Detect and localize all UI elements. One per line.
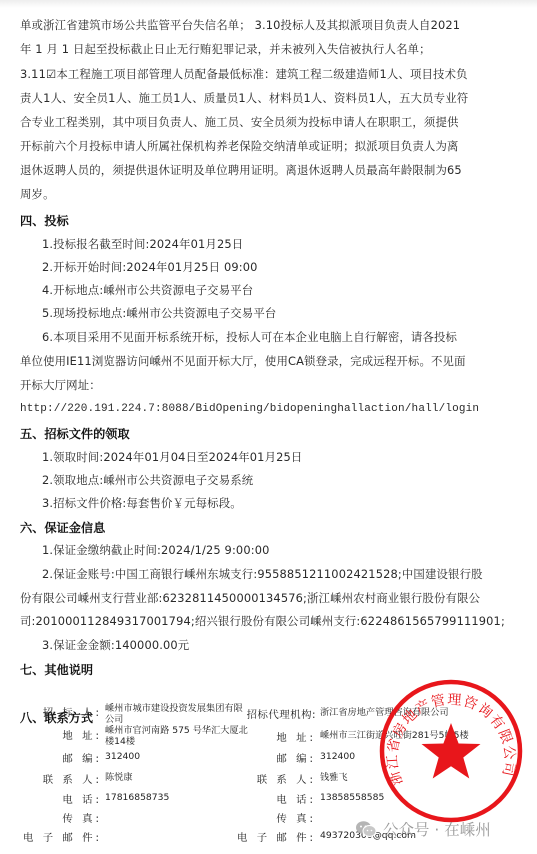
- tenderer-phone: 17816858735: [105, 792, 169, 803]
- agency-name: 浙江省房地产管理咨询有限公司: [320, 707, 449, 718]
- tenderer-email-label: 电 子 邮 件:: [20, 829, 102, 844]
- intro-line-5: 合专业工程类别，其中项目负责人、施工员、安全员须为投标申请人在职职工，须提供: [20, 115, 459, 129]
- section-4-item-5: 5.现场投标地点:嵊州市公共资源电子交易平台: [42, 306, 276, 320]
- section-4-item-2: 2.开标开始时间:2024年01月25日 09:00: [42, 260, 258, 274]
- tenderer-postcode: 312400: [105, 751, 140, 762]
- section-6-item-1: 1.保证金缴纳截止时间:2024/1/25 9:00:00: [42, 543, 270, 557]
- intro-line-4: 责人1人、安全员1人、施工员1人、质量员1人、材料员1人、资料员1人，五大员专业…: [20, 91, 468, 105]
- agency-address: 嵊州市三江街道兴旺街281号5幢5楼: [320, 730, 469, 741]
- section-4-continuation-2: 开标大厅网址：: [20, 378, 101, 392]
- agency-phone-label: 电 话:: [240, 791, 316, 806]
- agency-email-label: 电 子 邮 件:: [234, 829, 316, 844]
- agency-postcode: 312400: [320, 751, 355, 762]
- intro-line-7: 退休返聘人员的，须提供退休证明及单位聘用证明。离退休返聘人员最高年龄限制为65: [20, 163, 462, 177]
- agency-phone: 13858558585: [320, 792, 384, 803]
- section-4-heading: 四、投标: [20, 212, 69, 229]
- section-6-item-2: 2.保证金账号:中国工商银行嵊州东城支行:9558851211002421528…: [42, 567, 483, 581]
- intro-line-2: 年 1 月 1 日起至投标截止日止无行贿犯罪记录，并未被列入失信被执行人名单；: [20, 42, 431, 56]
- section-5-heading: 五、招标文件的领取: [20, 425, 130, 442]
- intro-line-3: 3.11☑本工程施工项目部管理人员配备最低标准：建筑工程二级建造师1人、项目技术…: [20, 67, 468, 81]
- tenderer-address-label: 地 址:: [40, 727, 102, 742]
- company-seal-icon: 浙江省房地产管理咨询有限公司: [379, 679, 523, 823]
- tenderer-name-line-1: 嵊州市城市建设投资发展集团有限: [105, 703, 243, 714]
- section-4-item-4: 4.开标地点:嵊州市公共资源电子交易平台: [42, 283, 253, 297]
- tenderer-contact-label: 联 系 人:: [40, 771, 102, 786]
- section-6-heading: 六、保证金信息: [20, 519, 105, 536]
- agency-contact: 钱雅飞: [320, 772, 348, 783]
- section-5-item-1: 1.领取时间:2024年01月04日至2024年01月25日: [42, 450, 302, 464]
- agency-contact-label: 联 系 人:: [240, 771, 316, 786]
- agency-postcode-label: 邮 编:: [240, 750, 316, 765]
- section-4-item-1: 1.投标报名截至时间:2024年01月25日: [42, 237, 243, 251]
- section-5-item-2: 2.领取地点:嵊州市公共资源电子交易系统: [42, 473, 253, 487]
- section-6-continuation-1: 份有限公司嵊州支行营业部:6232811450000134576;浙江嵊州农村商…: [20, 591, 480, 605]
- tenderer-address-line-2: 楼14楼: [105, 736, 135, 747]
- intro-line-8: 周岁。: [20, 187, 55, 201]
- intro-line-6: 开标前六个月投标申请人所属社保机构养老保险交纳清单或证明；拟派项目负责人为离: [20, 139, 459, 153]
- wechat-watermark: 公众号 · 在嵊州: [355, 818, 491, 840]
- section-6-amount: 3.保证金金额:140000.00元: [42, 638, 189, 652]
- wechat-icon: [355, 820, 377, 838]
- tenderer-name-line-2: 公司: [105, 714, 123, 725]
- tenderer-address-line-1: 嵊州市官河南路 575 号华汇大厦北: [105, 725, 248, 736]
- agency-fax-label: 传 真:: [240, 810, 316, 825]
- section-5-item-3: 3.招标文件价格:每套售价￥元每标段。: [42, 496, 242, 510]
- section-6-continuation-2: 司:201000112849317001794;绍兴银行股份有限公司嵊州支行:6…: [20, 614, 505, 628]
- tenderer-name-label: 招 标 人:: [40, 704, 102, 719]
- top-shadow-bar: [0, 0, 537, 8]
- agency-address-label: 地 址:: [240, 729, 316, 744]
- tenderer-phone-label: 电 话:: [40, 791, 102, 806]
- agency-name-label: 招标代理机构:: [240, 706, 316, 721]
- tenderer-postcode-label: 邮 编:: [40, 750, 102, 765]
- section-4-continuation-1: 单位使用IE11浏览器访问嵊州不见面开标大厅，使用CA锁登录，完成远程开标。不见…: [20, 354, 466, 368]
- intro-line-1: 单或浙江省建筑市场公共监管平台失信名单； 3.10投标人及其拟派项目负责人自20…: [20, 18, 460, 32]
- bid-hall-url-link[interactable]: http://220.191.224.7:8088/BidOpening/bid…: [20, 402, 479, 416]
- section-7-heading: 七、其他说明: [20, 661, 93, 678]
- section-4-item-6: 6.本项目采用不见面开标系统开标，投标人可在本企业电脑上自行解密，请各投标: [42, 330, 457, 344]
- tenderer-fax-label: 传 真:: [40, 810, 102, 825]
- tenderer-contact: 陈悦康: [105, 772, 133, 783]
- watermark-text: 公众号 · 在嵊州: [383, 818, 491, 840]
